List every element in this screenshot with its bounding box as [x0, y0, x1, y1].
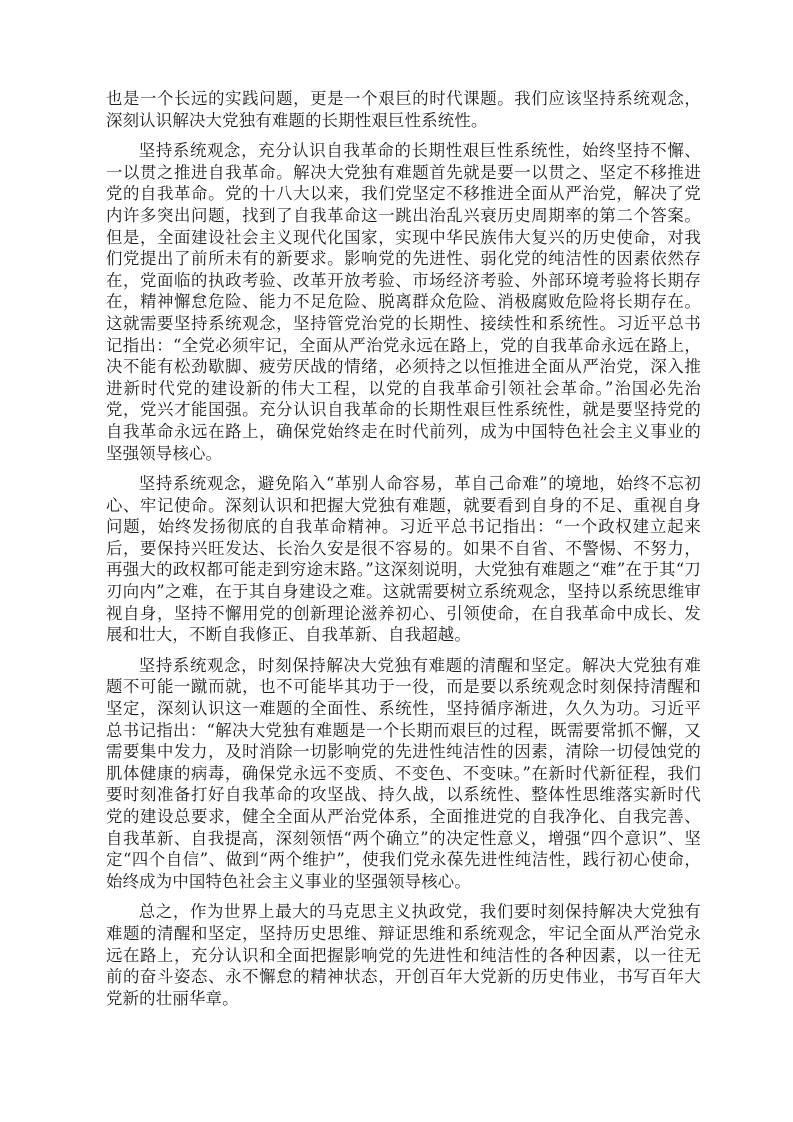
- paragraph: 坚持系统观念，时刻保持解决大党独有难题的清醒和坚定。解决大党独有难题不可能一蹴而…: [106, 655, 701, 893]
- document-body[interactable]: 也是一个长远的实践问题，更是一个艰巨的时代课题。我们应该坚持系统观念，深刻认识解…: [106, 88, 701, 1009]
- paragraph: 坚持系统观念，充分认识自我革命的长期性艰巨性系统性，始终坚持不懈、一以贯之推进自…: [106, 140, 701, 464]
- paragraph: 也是一个长远的实践问题，更是一个艰巨的时代课题。我们应该坚持系统观念，深刻认识解…: [106, 88, 701, 131]
- paragraph: 总之，作为世界上最大的马克思主义执政党，我们要时刻保持解决大党独有难题的清醒和坚…: [106, 901, 701, 1009]
- paragraph: 坚持系统观念，避免陷入“革别人命容易，革自己命难”的境地，始终不忘初心、牢记使命…: [106, 473, 701, 646]
- document-page: 也是一个长远的实践问题，更是一个艰巨的时代课题。我们应该坚持系统观念，深刻认识解…: [0, 0, 793, 1122]
